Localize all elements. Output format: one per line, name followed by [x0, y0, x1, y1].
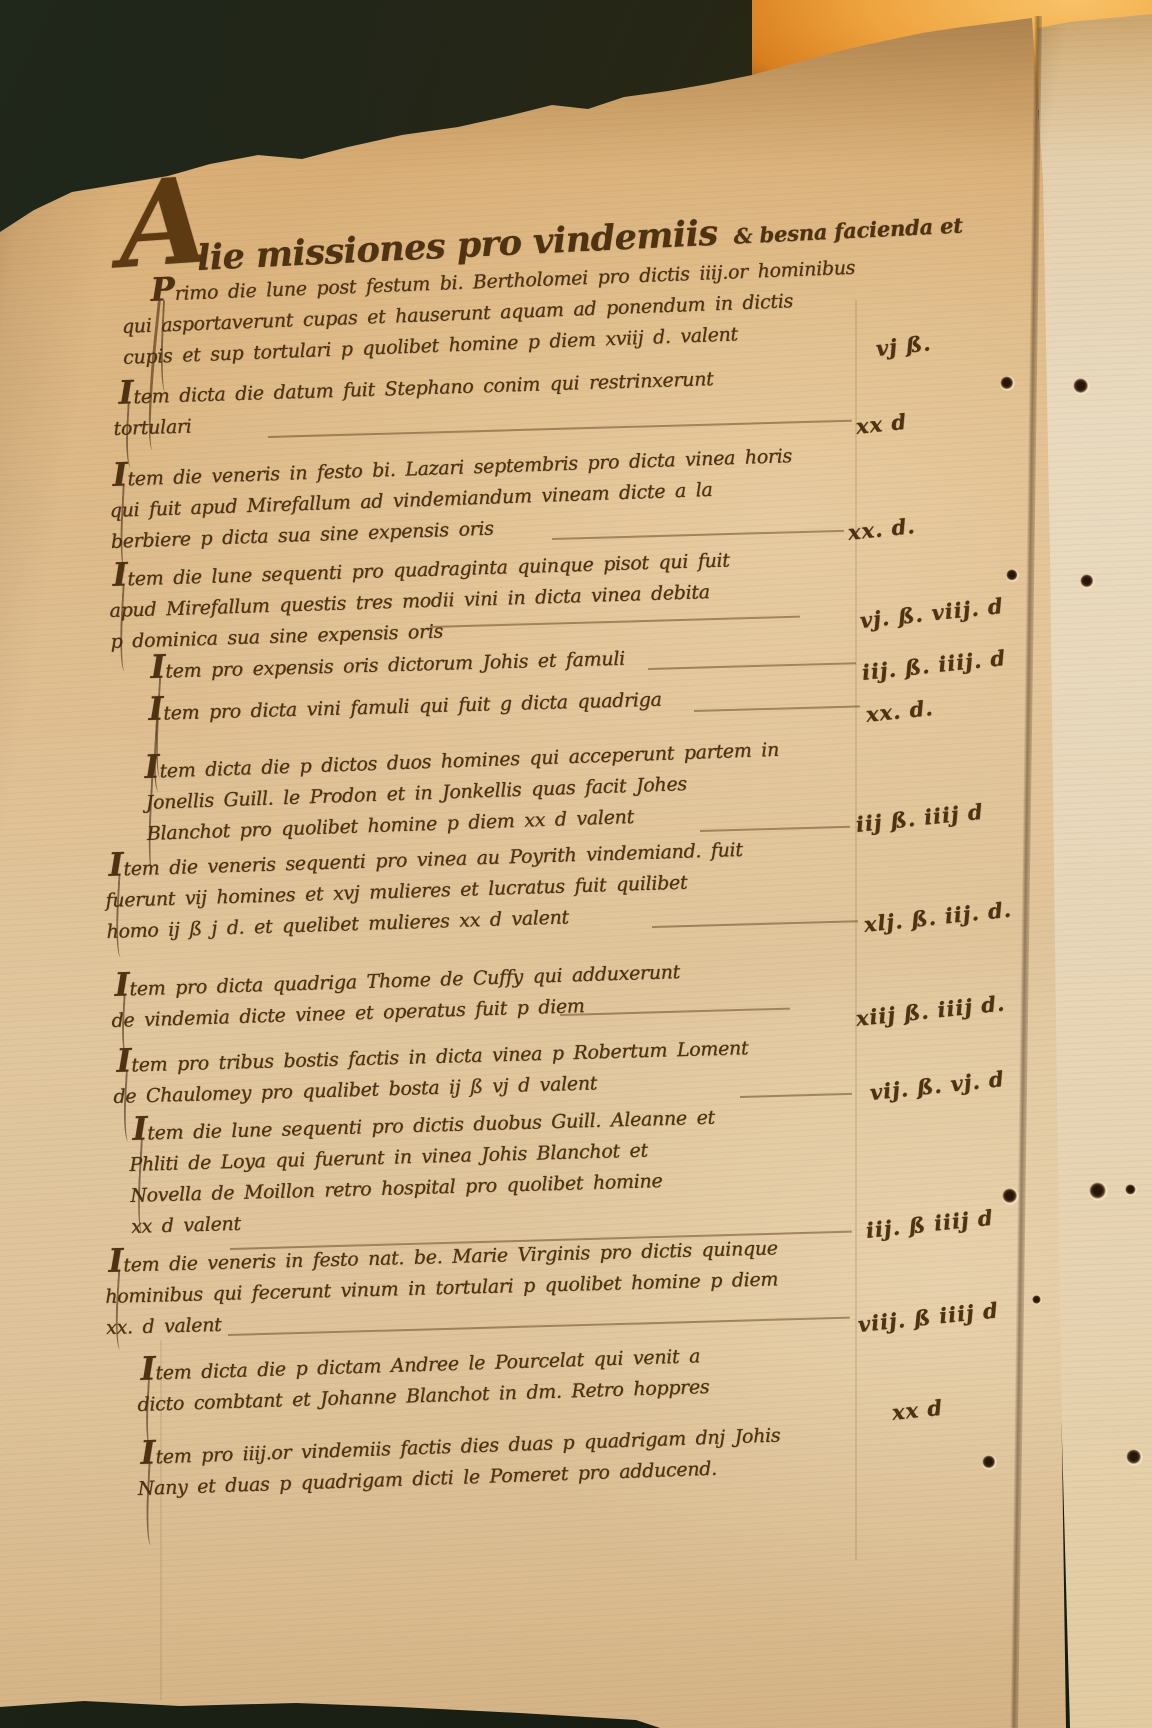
- amount-value: xiij ß. iiij d.: [855, 990, 1007, 1031]
- vertical-crease: [855, 300, 857, 1560]
- account-entry: Item die veneris in festo bi. Lazari sep…: [108, 436, 795, 558]
- amount-value: vj ß.: [875, 330, 933, 361]
- lead-line: [694, 705, 860, 712]
- amount-value: xx d: [855, 409, 908, 439]
- account-entry: Item die veneris sequenti pro vinea au P…: [104, 830, 745, 948]
- amount-value: iij ß. iiij d: [855, 799, 985, 837]
- wormhole: [1089, 1182, 1108, 1201]
- account-entry: Item die lune sequenti pro quadraginta q…: [108, 540, 732, 657]
- amount-value: iij. ß iiij d: [865, 1205, 995, 1243]
- wormhole: [1073, 378, 1090, 395]
- wormhole: [1125, 1184, 1137, 1196]
- amount-value: xx d: [891, 1395, 944, 1425]
- amount-value: vij. ß. vj. d: [869, 1066, 1006, 1105]
- account-entry: Item pro iiij.or vindemiis factis dies d…: [136, 1416, 782, 1505]
- amount-value: xx. d.: [865, 695, 935, 727]
- amount-value: viij. ß iiij d: [857, 1297, 1000, 1337]
- account-entry: Item die veneris in festo nat. be. Marie…: [104, 1228, 780, 1344]
- account-entry: Item pro dicta vini famuli qui fuit g di…: [148, 680, 662, 730]
- manuscript-photo: A lie missiones pro vindemiis& besna fac…: [0, 0, 1152, 1728]
- entry-line: Item pro dicta vini famuli qui fuit g di…: [148, 680, 662, 730]
- heading-suffix: & besna facienda et: [733, 213, 963, 249]
- amount-value: xx. d.: [847, 513, 917, 545]
- wormhole: [1006, 569, 1019, 582]
- wormhole: [1126, 1449, 1143, 1466]
- lead-line: [648, 662, 856, 670]
- account-entry: Item die lune sequenti pro dictis duobus…: [128, 1098, 718, 1243]
- lead-line: [740, 1093, 852, 1098]
- account-entry: Item dicta die p dictam Andree le Pource…: [136, 1336, 710, 1421]
- wormhole: [982, 1455, 997, 1470]
- wormhole: [1000, 376, 1015, 391]
- manuscript-page: A lie missiones pro vindemiis& besna fac…: [0, 0, 1152, 1728]
- wormhole: [1032, 1295, 1042, 1305]
- amount-value: vj. ß. viij. d: [859, 593, 1005, 633]
- amount-value: iij. ß. iiij. d: [861, 645, 1007, 685]
- amount-value: xlj. ß. iij. d.: [863, 897, 1013, 937]
- wormhole: [1002, 1188, 1019, 1205]
- account-entry: Item pro dicta quadriga Thome de Cuffy q…: [110, 952, 681, 1037]
- wormhole: [1080, 574, 1095, 589]
